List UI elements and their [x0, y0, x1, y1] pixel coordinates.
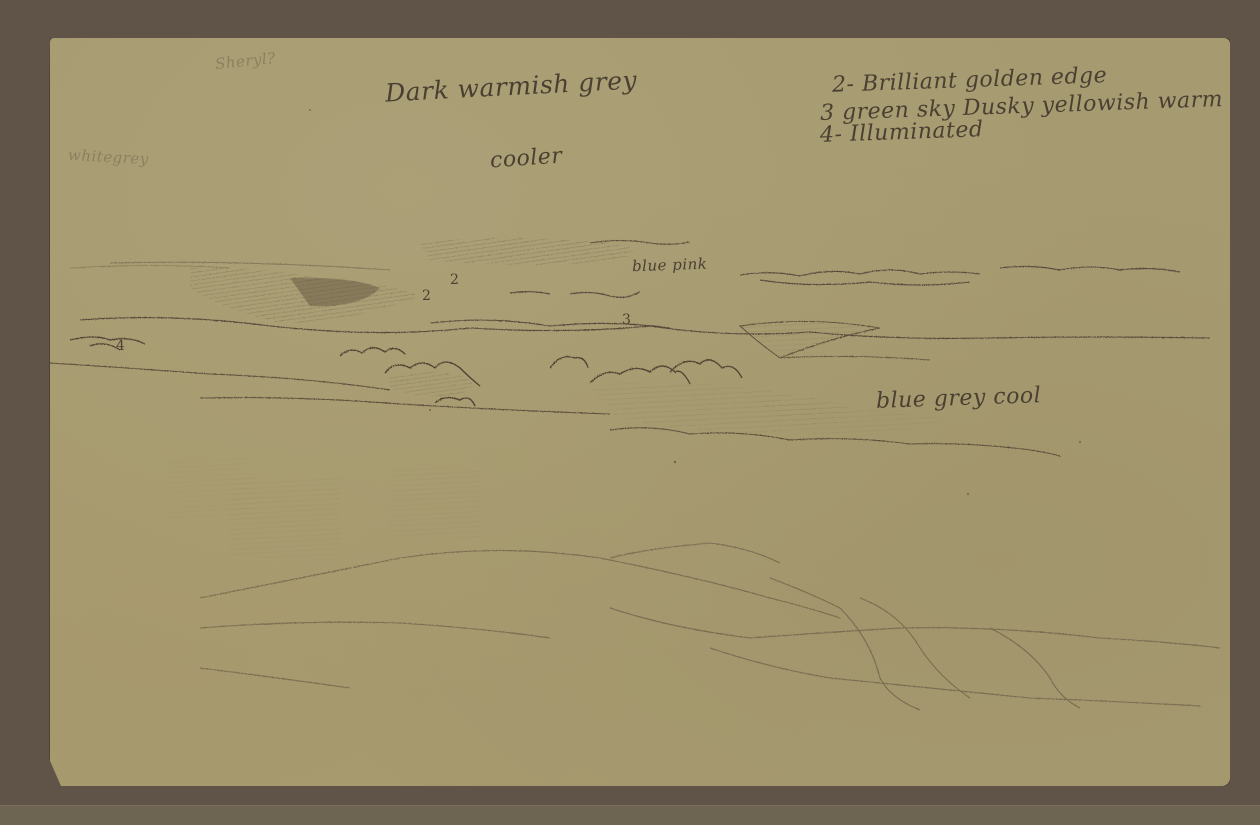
right-cloud-wedge — [740, 321, 930, 360]
marker-2-left: 2 — [422, 288, 431, 304]
lower-faint-shading — [170, 458, 480, 558]
upper-cloud-shading — [70, 238, 690, 323]
marker-3: 3 — [622, 312, 631, 328]
sketch-paper: Sheryl? whitegrey Dark warmish grey cool… — [50, 38, 1230, 786]
marker-2-upper: 2 — [450, 272, 459, 288]
mount-bottom-strip — [0, 805, 1260, 825]
annotation-cooler: cooler — [489, 144, 563, 174]
marker-4: 4 — [116, 338, 125, 354]
annotation-blue-pink: blue pink — [632, 255, 708, 276]
hill-contour-lines — [200, 543, 1220, 710]
landscape-sketch-drawing — [50, 38, 1230, 786]
